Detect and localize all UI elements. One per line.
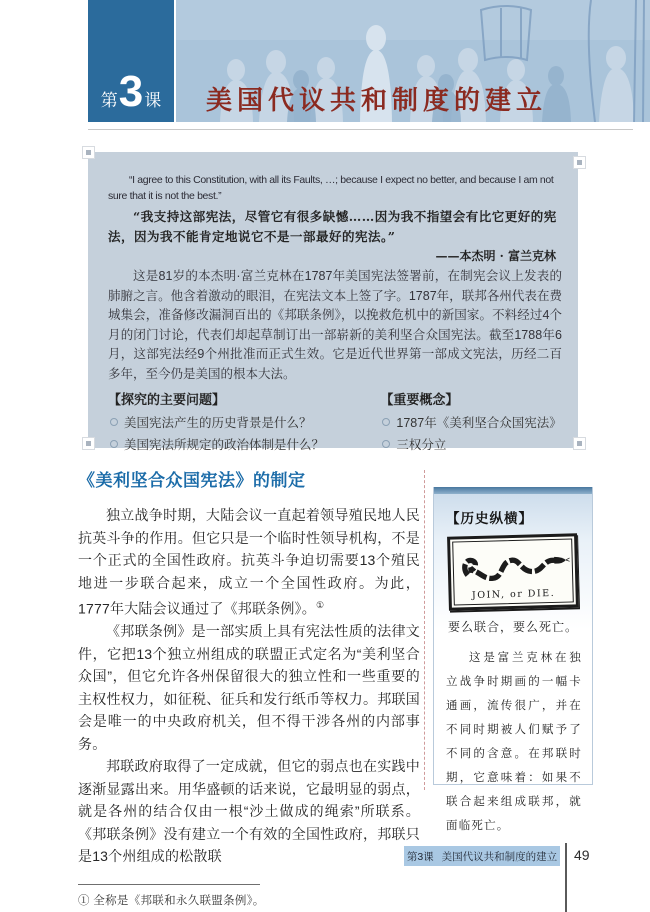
lesson-number: 第 3 课 [88, 70, 174, 114]
corner-handle-icon [82, 437, 95, 450]
questions-and-concepts: 【探究的主要问题】 美国宪法产生的历史背景是什么？ 美国宪法所规定的政治体制是什… [108, 391, 562, 453]
explore-questions: 【探究的主要问题】 美国宪法产生的历史背景是什么？ 美国宪法所规定的政治体制是什… [108, 391, 380, 453]
intro-paragraph: 这是81岁的本杰明·富兰克林在1787年美国宪法签署前，在制宪会议上发表的肺腑之… [108, 267, 562, 384]
segmented-snake-image [455, 542, 570, 591]
sidebar-label: 【历史纵横】 [446, 507, 592, 527]
cartoon-caption-text: JOIN, or DIE. [456, 588, 570, 602]
key-concepts: 【重要概念】 1787年《美利坚合众国宪法》 三权分立 [380, 391, 562, 453]
list-item: 美国宪法产生的历史背景是什么？ [108, 415, 380, 431]
key-concept-text: 1787年《美利坚合众国宪法》 [396, 415, 561, 431]
corner-handle-icon [82, 146, 95, 159]
english-quote: “I agree to this Constitution, with all … [108, 172, 562, 204]
sidebar-paragraph: 这是富兰克林在独立战争时期画的一幅卡通画，流传很广，并在不同时期被人们赋予了不同… [446, 645, 582, 837]
footer-lesson-bar: 第3课 美国代议共和制度的建立 [404, 846, 560, 866]
corner-handle-icon [573, 156, 586, 169]
lesson-number-box: 第 3 课 [88, 0, 174, 122]
sidebar-top-bar [434, 487, 592, 494]
footnote-text: ① 全称是《邦联和永久联盟条例》。 [78, 892, 420, 908]
lesson-number-digit: 3 [119, 70, 143, 114]
footnote-divider [78, 884, 260, 885]
page-number: 49 [574, 847, 590, 863]
circle-bullet-icon [110, 418, 118, 426]
paragraph-text: 独立战争时期，大陆会议一直起着领导殖民地人民抗英斗争的作用。但它只是一个临时性领… [78, 507, 420, 617]
history-sidebar-box: 【历史纵横】 JOIN, or DIE. 要么联合，要么死亡。 这是富兰克林在独… [433, 487, 593, 785]
footer-lesson-number: 第3课 [407, 849, 434, 864]
explore-question-text: 美国宪法所规定的政治体制是什么？ [124, 437, 324, 453]
column-dashed-divider [424, 470, 425, 790]
key-concepts-title: 【重要概念】 [380, 391, 562, 409]
circle-bullet-icon [382, 418, 390, 426]
paragraph-text: 邦联政府取得了一定成就，但它的弱点也在实践中逐渐显露出来。用华盛顿的话来说，它最… [78, 758, 420, 864]
body-paragraph: 邦联政府取得了一定成就，但它的弱点也在实践中逐渐显露出来。用华盛顿的话来说，它最… [78, 755, 420, 868]
corner-handle-icon [573, 437, 586, 450]
page-title: 美国代议共和制度的建立 [206, 80, 547, 117]
header-divider [88, 129, 633, 130]
join-or-die-cartoon: JOIN, or DIE. [447, 533, 579, 611]
footnote-ref: ① [316, 600, 324, 610]
cartoon-inner-frame: JOIN, or DIE. [452, 538, 574, 605]
list-item: 1787年《美利坚合众国宪法》 [380, 415, 562, 431]
body-paragraph: 独立战争时期，大陆会议一直起着领导殖民地人民抗英斗争的作用。但它只是一个临时性领… [78, 504, 420, 620]
explore-question-text: 美国宪法产生的历史背景是什么？ [124, 415, 312, 431]
circle-bullet-icon [110, 440, 118, 448]
circle-bullet-icon [382, 440, 390, 448]
textbook-page: 第 3 课 美国代议共和制度的建立 “I agree to this Const… [0, 0, 650, 912]
list-item: 美国宪法所规定的政治体制是什么？ [108, 437, 380, 453]
explore-questions-title: 【探究的主要问题】 [108, 391, 380, 409]
quote-attribution: ——本杰明 · 富兰克林 [108, 247, 562, 265]
lead-quote-box: “I agree to this Constitution, with all … [88, 152, 578, 448]
body-paragraph: 《邦联条例》是一部实质上具有宪法性质的法律文件，它把13个独立州组成的联盟正式定… [78, 620, 420, 755]
footer-lesson-title: 美国代议共和制度的建立 [442, 849, 558, 864]
paragraph-text: 《邦联条例》是一部实质上具有宪法性质的法律文件，它把13个独立州组成的联盟正式定… [78, 623, 420, 752]
main-text-column: 《美利坚合众国宪法》的制定 独立战争时期，大陆会议一直起着领导殖民地人民抗英斗争… [78, 466, 420, 908]
image-translation-caption: 要么联合，要么死亡。 [434, 618, 592, 635]
key-concept-text: 三权分立 [396, 437, 446, 453]
lesson-prefix: 第 [101, 86, 118, 111]
list-item: 三权分立 [380, 437, 562, 453]
chinese-quote: “我支持这部宪法，尽管它有很多缺憾……因为我不指望会有比它更好的宪法，因为我不能… [108, 207, 562, 247]
footer-divider-line [565, 843, 567, 912]
lesson-suffix: 课 [144, 86, 161, 111]
section-title: 《美利坚合众国宪法》的制定 [78, 466, 420, 491]
